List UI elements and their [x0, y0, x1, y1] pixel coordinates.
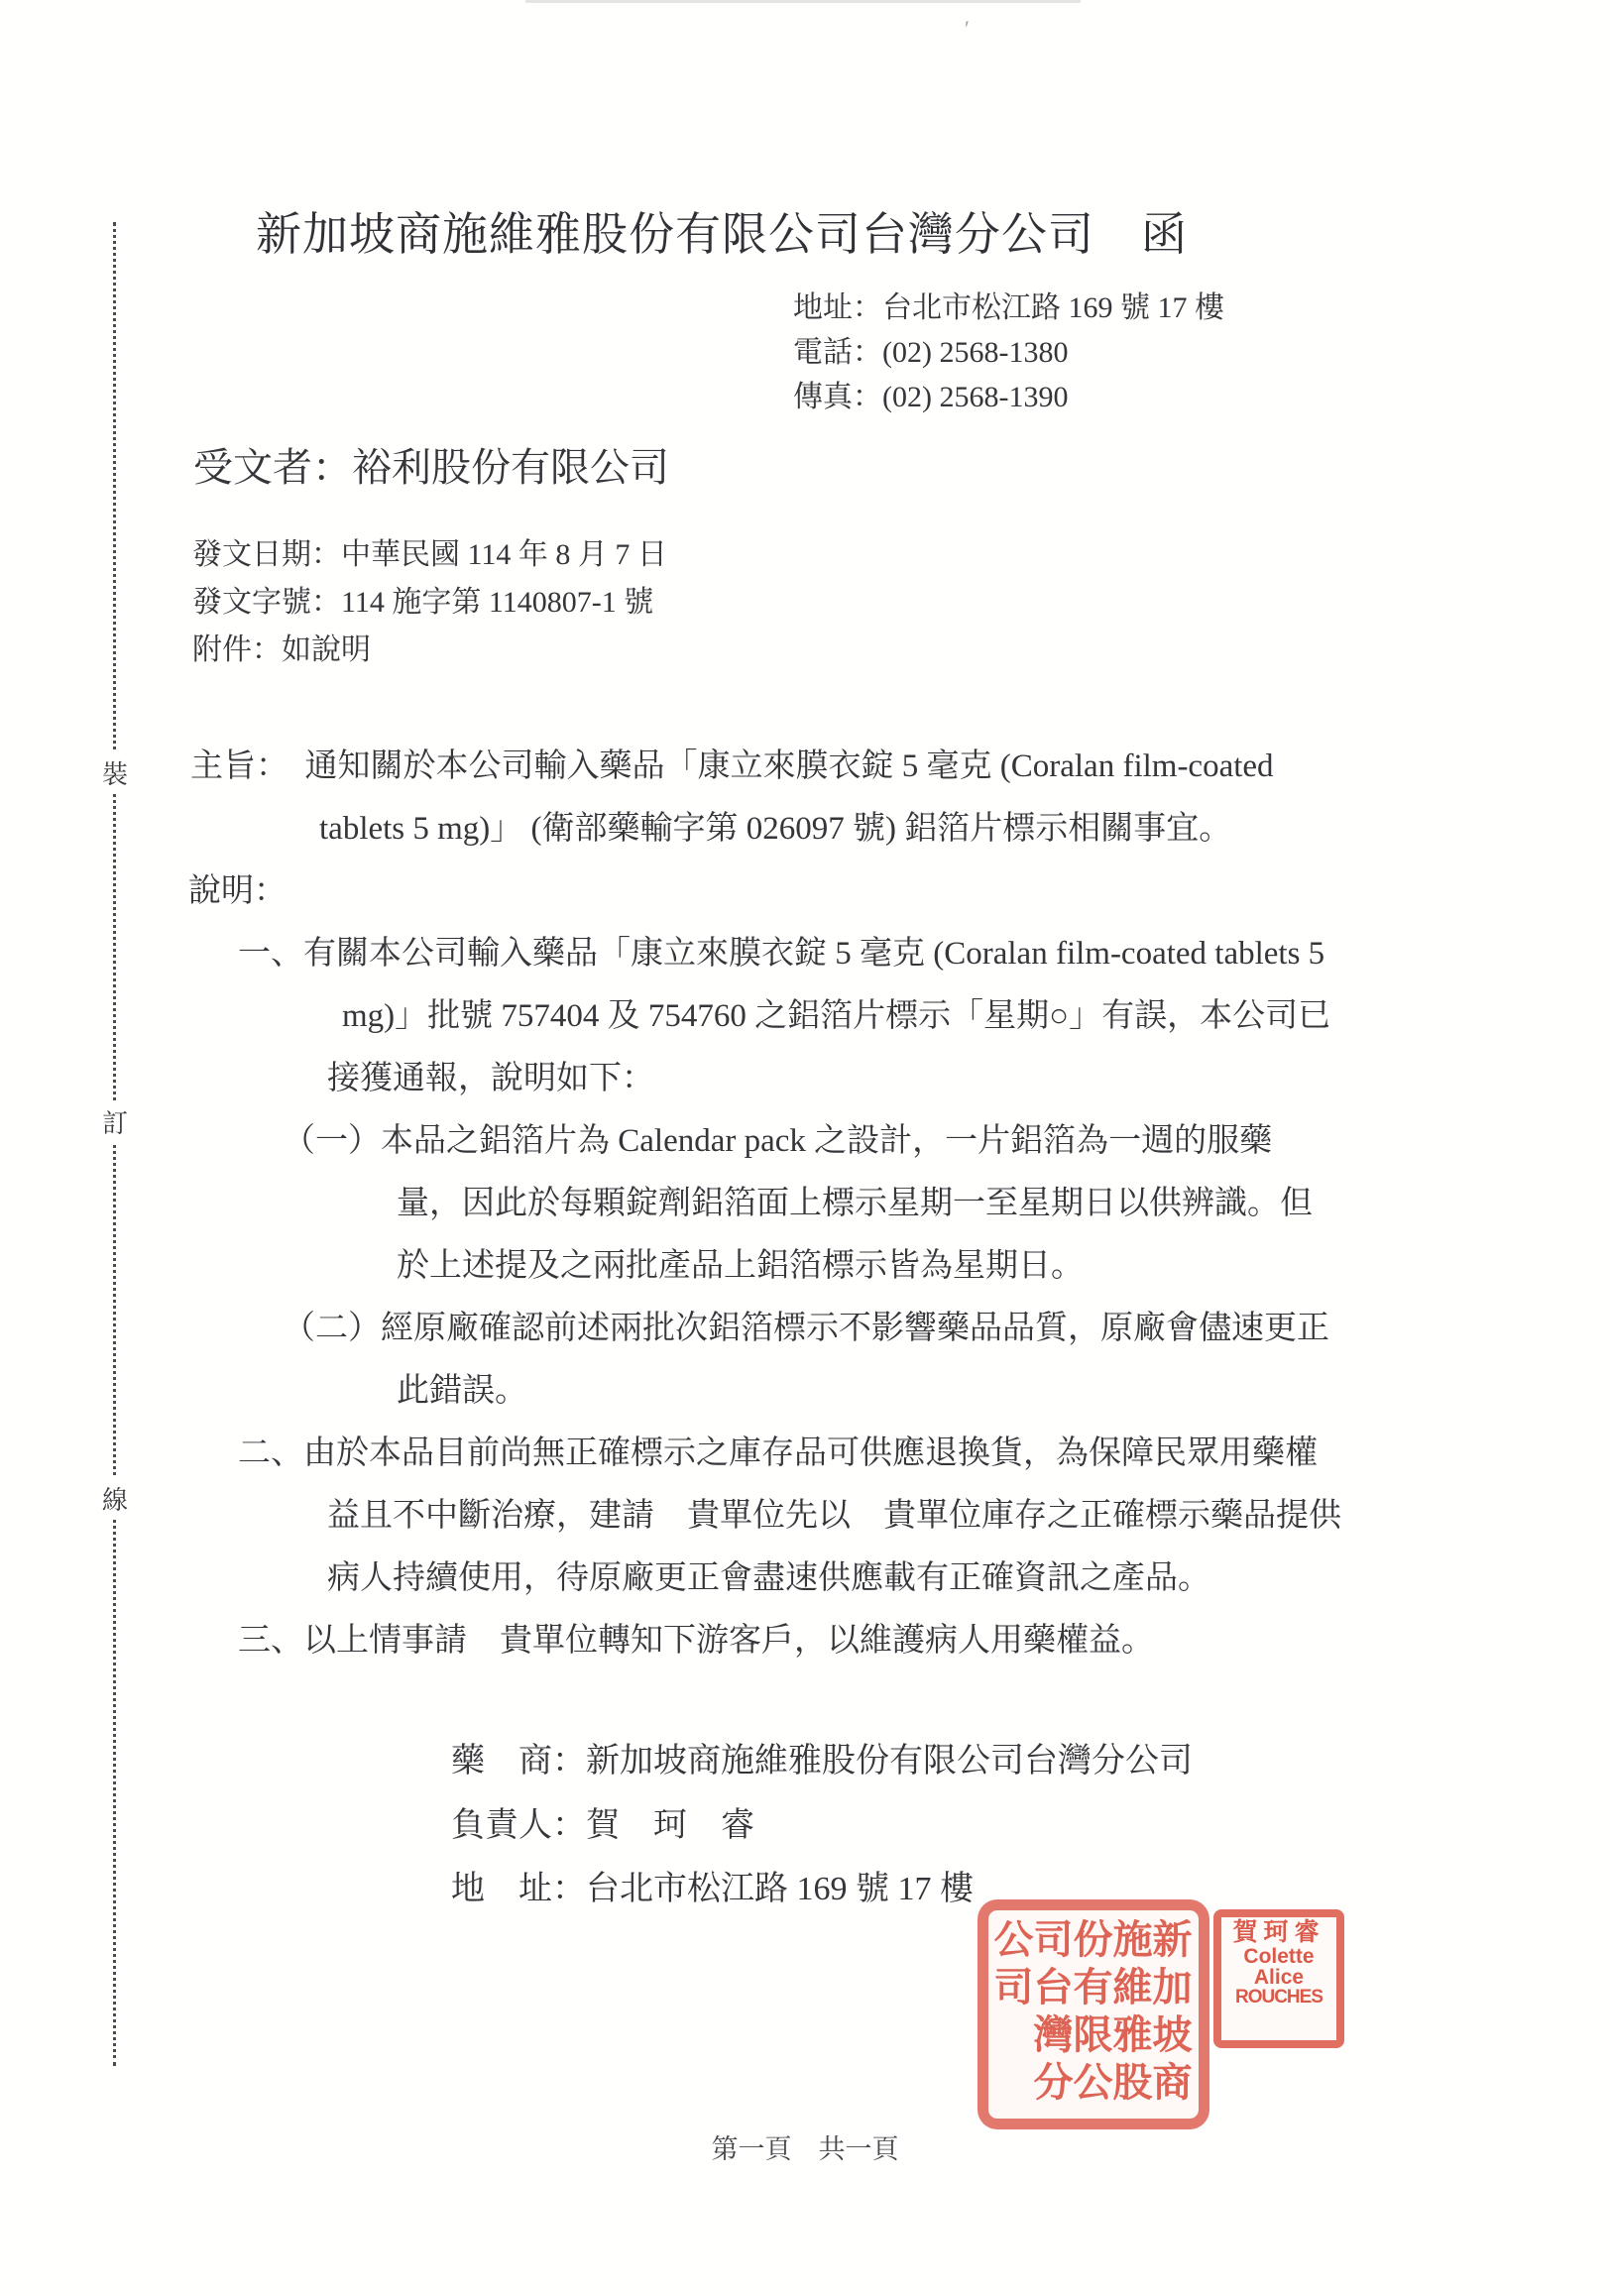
personal-seal-name-middle: Alice: [1223, 1967, 1334, 1988]
personal-seal-name-cjk: 賀珂睿: [1223, 1920, 1334, 1946]
signature-address-line: 地 址：台北市松江路 169 號 17 樓: [451, 1861, 974, 1909]
scan-artifact-tick: ′: [965, 16, 970, 42]
binding-char-xian: 線: [97, 1477, 133, 1520]
sub-item2-line-1: （二）經原廠確認前述兩批次鋁箔標示不影響藥品品質，原廠會儘速更正: [283, 1302, 1329, 1348]
issue-date-line: 發文日期：中華民國 114 年 8 月 7 日: [192, 529, 667, 573]
binding-char-zhuang: 裝: [97, 751, 133, 794]
sender-phone: 電話：(02) 2568-1380: [793, 327, 1068, 371]
company-seal-column-5: 公司: [990, 1918, 1030, 2111]
scanned-letter-page: ′ 裝 訂 線 新加坡商施維雅股份有限公司台灣分公司 函 地址：台北市松江路 1…: [0, 0, 1610, 2296]
item1-line-3: 接獲通報，說明如下：: [327, 1052, 654, 1098]
sub-item1-line-2: 量，因此於每顆錠劑鋁箔面上標示星期一至星期日以供辨識。但: [397, 1177, 1313, 1223]
subject-line-1: 主旨： 通知關於本公司輸入藥品「康立來膜衣錠 5 毫克 (Coralan fil…: [190, 740, 1274, 786]
personal-seal-name-first: Colette: [1223, 1946, 1334, 1967]
sender-fax: 傳真：(02) 2568-1390: [793, 372, 1068, 415]
subject-line-2: tablets 5 mg)」 (衛部藥輸字第 026097 號) 鋁箔片標示相關…: [319, 802, 1231, 849]
binding-dotted-line: [113, 222, 116, 2066]
signature-company-line: 藥 商：新加坡商施維雅股份有限公司台灣分公司: [451, 1733, 1193, 1781]
item2-line-2: 益且不中斷治療，建請 貴單位先以 貴單位庫存之正確標示藥品提供: [327, 1489, 1341, 1536]
binding-char-ding: 訂: [97, 1100, 133, 1143]
personal-seal-name-last: ROUCHES: [1223, 1988, 1334, 2008]
item3-line: 三、以上情事請 貴單位轉知下游客戶，以維護病人用藥權益。: [238, 1614, 1154, 1661]
sub-item1-line-1: （一）本品之鋁箔片為 Calendar pack 之設計，一片鋁箔為一週的服藥: [283, 1114, 1272, 1161]
signature-responsible-line: 負責人：賀 珂 睿: [451, 1797, 754, 1846]
item1-line-1: 一、有關本公司輸入藥品「康立來膜衣錠 5 毫克 (Coralan film-co…: [238, 927, 1324, 974]
item2-line-3: 病人持續使用，待原廠更正會盡速供應載有正確資訊之產品。: [327, 1551, 1210, 1598]
sub-item1-line-3: 於上述提及之兩批產品上鋁箔標示皆為星期日。: [397, 1239, 1084, 1286]
page-number-footer: 第一頁 共一頁: [0, 2127, 1610, 2166]
company-seal-column-1: 新加坡商: [1149, 1918, 1189, 2111]
scan-artifact-top-edge: [525, 0, 1081, 3]
item2-line-1: 二、由於本品目前尚無正確標示之庫存品可供應退換貨，為保障民眾用藥權: [238, 1427, 1318, 1473]
letter-title: 新加坡商施維雅股份有限公司台灣分公司 函: [256, 198, 1188, 264]
company-seal-stamp: 新加坡商 施維雅股 份有限公 司台灣分 公司: [977, 1899, 1209, 2129]
recipient-line: 受文者：裕利股份有限公司: [193, 436, 669, 493]
sub-item2-line-2: 此錯誤。: [397, 1364, 527, 1411]
sender-address: 地址：台北市松江路 169 號 17 樓: [793, 283, 1224, 326]
company-seal-column-3: 份有限公: [1070, 1918, 1109, 2111]
explanation-heading: 說明：: [188, 864, 287, 911]
ref-number-line: 發文字號：114 施字第 1140807-1 號: [192, 577, 653, 621]
item1-line-2: mg)」批號 757404 及 754760 之鋁箔片標示「星期○」有誤，本公司…: [342, 989, 1330, 1036]
company-seal-column-4: 司台灣分: [1030, 1918, 1070, 2111]
company-seal-column-2: 施維雅股: [1109, 1918, 1149, 2111]
personal-seal-stamp: 賀珂睿 Colette Alice ROUCHES: [1213, 1909, 1344, 2048]
attachment-line: 附件：如說明: [192, 625, 371, 668]
